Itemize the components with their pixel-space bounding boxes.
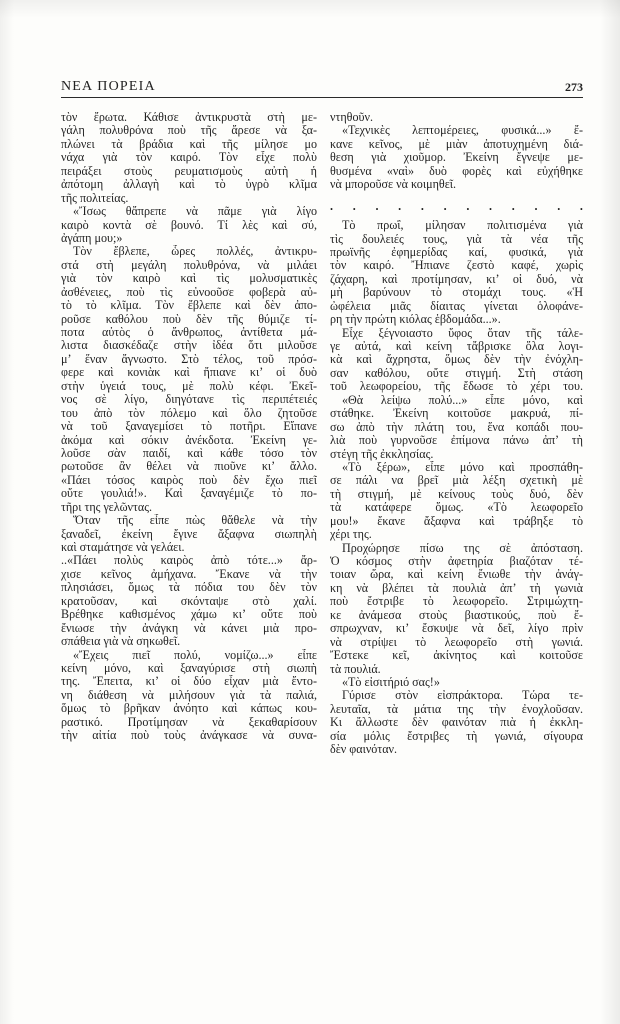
text-line: Τὸν ἔβλεπε, ὧρες πολλές, ἀντικρυ-: [61, 245, 317, 258]
section-break-dots: ............: [330, 192, 583, 219]
text-line: ..«Πάει πολὺς καιρὸς ἀπὸ τότε...» ἄρ-: [61, 554, 317, 567]
text-line: τοῦ λεωφορείου, τῆς ἔδωσε τὸ χέρι του.: [330, 380, 583, 393]
text-line: μὴ βαρύνουν τὸ στομάχι τους. «Ἡ: [330, 286, 583, 299]
section-break-dot: .: [466, 200, 469, 213]
text-line: ρη τὴν πρώτη κιόλας ἑβδομάδα...».: [330, 313, 583, 326]
text-line: ἀσθένειες, ποὺ τὶς εὐνοοῦσε φοβερὰ αὐ-: [61, 286, 317, 299]
text-line: πειράξει στοὺς ρευματισμοὺς αὐτὴ ἡ: [61, 165, 317, 178]
text-line: κη νὰ βλέπει τὰ πουλιὰ ἀπ’ τὴ γωνιὰ: [330, 582, 583, 595]
text-line: πρωϊνῆς ἐφημερίδας καί, φυσικά, γιὰ: [330, 246, 583, 259]
text-line: Ἔστεκε κεῖ, ἀκίνητος καὶ κοιτοῦσε: [330, 649, 583, 662]
text-line: «Ἔχεις πιεῖ πολύ, νομίζω...» εἶπε: [61, 649, 317, 662]
text-line: «Ἴσως θἄπρεπε νὰ πᾶμε γιὰ λίγο: [61, 205, 317, 218]
text-line: στά στὴ μεγάλη πολυθρόνα, νὰ μιλάει: [61, 259, 317, 272]
text-line: της. Ἔπειτα, κι’ οἱ δύο εἶχαν μιὰ ἔντο-: [61, 675, 317, 688]
text-line: τὸν καιρό. Ἤπιανε ζεστὸ καφέ, χωρὶς: [330, 259, 583, 272]
text-line: σπρωχναν, κι’ ἔσκυψε νὰ δεῖ, λίγο πρὶν: [330, 622, 583, 635]
right-column-bottom-text: Τὸ πρωΐ, μίλησαν πολιτισμένα γιὰτὶς δουλ…: [330, 219, 583, 757]
text-line: «Τὸ ξέρω», εἶπε μόνο καὶ προσπάθη-: [330, 461, 583, 474]
section-break-dot: .: [421, 200, 424, 213]
text-line: «Πάει τόσος καιρὸς ποὺ δὲν ἔχω πιεῖ: [61, 474, 317, 487]
text-line: νος σὲ λίγο, διηγότανε τὶς περιπέτειές: [61, 393, 317, 406]
text-line: τὴν αἰτία ποὺ τοὺς ἀνάγκασε νὰ συνα-: [61, 729, 317, 742]
text-line: θυσμένα «ναὶ» δυὸ φορὲς καὶ εὐχήθηκε: [330, 165, 583, 178]
text-line: τὰ πουλιά.: [330, 663, 583, 676]
section-break-dot: .: [330, 200, 333, 213]
text-line: κὰ καὶ ἄχρηστα, ὅμως δὲν τὴν ἐνόχλη-: [330, 353, 583, 366]
running-header: ΝΕΑ ΠΟΡΕΙΑ 273: [61, 79, 583, 98]
text-line: ποτα αὐτὸς ὁ ἄνθρωπος, ἀντίθετα μά-: [61, 326, 317, 339]
text-line: λευταῖα, τὰ μάτια της τὴν ἐνοχλοῦσαν.: [330, 703, 583, 716]
text-line: ρωτοῦσε ἂν θέλει νὰ πιοῦνε κι’ ἄλλο.: [61, 460, 317, 473]
text-line: κε ἀνάμεσα στοὺς βιαστικούς, ποὺ ἔ-: [330, 609, 583, 622]
text-line: Ὁ κόσμος στὴν ἀφετηρία βιαζόταν τέ-: [330, 555, 583, 568]
text-line: ντηθοῦν.: [330, 111, 583, 124]
text-line: λιὰ ποὺ γυρνοῦσε ἐπίμονα πάνω ἀπ’ τὴ: [330, 434, 583, 447]
text-line: φερε καὶ κονιὰκ καὶ ἤπιανε κι’ οἱ δυὸ: [61, 366, 317, 379]
text-line: μου!» ἔκανε ἄξαφνα καὶ τράβηξε τὸ: [330, 515, 583, 528]
text-line: ἔνιωσε τὴν ἀνάγκη νὰ κάνει μιὰ προ-: [61, 622, 317, 635]
text-line: τὰ κατάφερε ὅμως. «Τὸ λεωφορεῖο: [330, 501, 583, 514]
text-line: νάχα γιὰ τὸν καιρό. Τὸν εἶχε πολὺ: [61, 151, 317, 164]
text-line: λιστα διασκέδαζε στὴν ἰδέα ὅτι μιλοῦσε: [61, 339, 317, 352]
text-line: λοῦσε σὰν παιδί, καὶ κάθε τόσο τὸν: [61, 447, 317, 460]
section-break-dot: .: [353, 200, 356, 213]
text-line: ροῦσε καθόλου ποὺ δὲν τῆς θύμιζε τί-: [61, 313, 317, 326]
text-line: τῆρι της γελῶντας.: [61, 501, 317, 514]
text-line: σία μόλις ἔστριβες τὴ γωνιά, σίγουρα: [330, 730, 583, 743]
text-line: τὸ τὸ κλῖμα. Τὸν ἔβλεπε καὶ δὲν ἀπο-: [61, 299, 317, 312]
text-line: πλησιάσει, ὅμως τὰ πόδια του δὲν τὸν: [61, 581, 317, 594]
right-column-top-text: ντηθοῦν.«Τεχνικὲς λεπτομέρειες, φυσικά..…: [330, 111, 583, 192]
section-break-dot: .: [580, 200, 583, 213]
journal-title: ΝΕΑ ΠΟΡΕΙΑ: [61, 79, 156, 95]
text-line: σω ἀπὸ τὴν πλάτη του, ἕνα κοπάδι που-: [330, 421, 583, 434]
text-line: Ὅταν τῆς εἶπε πὼς θἄθελε νὰ τὴν: [61, 514, 317, 527]
text-line: θεση γιὰ χιοῦμορ. Ἐκείνη ἔγνεψε με-: [330, 151, 583, 164]
text-line: καὶ σταμάτησε νὰ γελάει.: [61, 541, 317, 554]
text-line: κείνη μόνο, καὶ ξαναγύρισε στὴ σιωπὴ: [61, 662, 317, 675]
text-line: τοιαν ὥρα, καὶ κείνη ἔνιωθε τὴν ἀνάγ-: [330, 568, 583, 581]
text-line: γιὰ τὸν καιρὸ καὶ τὶς μολυσματικὲς: [61, 272, 317, 285]
section-break-dot: .: [489, 200, 492, 213]
text-line: ζάχαρη, καὶ προτίμησαν, κι’ οἱ δυό, νὰ: [330, 273, 583, 286]
section-break-dot: .: [557, 200, 560, 213]
text-line: ἀπότομη ἀλλαγὴ καὶ τὸ ὑγρὸ κλῖμα: [61, 178, 317, 191]
text-line: «Θὰ λείψω πολύ...» εἶπε μόνο, καὶ: [330, 394, 583, 407]
text-line: στὴν ὑγειά τους, μὲ πολὺ κέφι. Ἐκεῖ-: [61, 380, 317, 393]
text-line: γάλη πολυθρόνα ποὺ τῆς ἄρεσε νὰ ξα-: [61, 124, 317, 137]
text-line: ὅμως τὸ βρῆκαν ἀνόητο καὶ κάπως κου-: [61, 702, 317, 715]
text-line: δὲν φαινόταν.: [330, 743, 583, 756]
text-line: χισε κεῖνος ἀμήχανα. Ἔκανε νὰ τὴν: [61, 568, 317, 581]
text-line: ποὺ ἔστριβε τὸ λεωφορεῖο. Στριμώχτη-: [330, 595, 583, 608]
text-line: Εἶχε ξέγνοιαστο ὕφος ὅταν τῆς τάλε-: [330, 327, 583, 340]
text-line: γε αὐτά, καὶ κείνη τἄβρισκε ὅλα λογι-: [330, 340, 583, 353]
text-line: ραστικό. Προτίμησαν νὰ ξεκαθαρίσουν: [61, 716, 317, 729]
section-break-dot: .: [534, 200, 537, 213]
text-line: νὰ τοῦ ξαναγεμίσει τὸ ποτῆρι. Εἴπανε: [61, 420, 317, 433]
text-line: Κι ἄλλωστε δὲν φαινόταν πιὰ ἡ ἐκκλη-: [330, 716, 583, 729]
text-line: Γύρισε στὸν εἰσπράκτορα. Τώρα τε-: [330, 689, 583, 702]
text-line: πλώνει τὰ βράδια καὶ τῆς μίλησε μο: [61, 138, 317, 151]
text-line: στάθηκε. Ἐκείνη κοιτοῦσε μακρυά, πί-: [330, 407, 583, 420]
section-break-dot: .: [444, 200, 447, 213]
section-break-dot: .: [375, 200, 378, 213]
text-line: ἀγάπη μου;»: [61, 232, 317, 245]
text-line: σε πάλι να βρεῖ μιὰ λέξη σχετικὴ μὲ: [330, 474, 583, 487]
text-line: τὶς δουλειές τους, γιὰ τὰ νέα τῆς: [330, 233, 583, 246]
text-line: σπάθεια γιὰ νὰ σηκωθεῖ.: [61, 635, 317, 648]
text-line: κρατοῦσαν, καὶ σκόνταψε στὸ χαλί.: [61, 595, 317, 608]
left-text-column: τὸν ἔρωτα. Κάθισε ἀντικρυστὰ στὴ με-γάλη…: [61, 111, 317, 743]
text-line: μ’ ἕναν ἄγνωστο. Στὸ τέλος, τοῦ πρόσ-: [61, 353, 317, 366]
text-line: νη διάθεση νὰ μιλήσουν γιὰ τὰ παλιά,: [61, 689, 317, 702]
text-line: σαν καθόλου, οὔτε στιγμή. Στὴ στάση: [330, 367, 583, 380]
text-line: Τὸ πρωΐ, μίλησαν πολιτισμένα γιὰ: [330, 219, 583, 232]
text-line: του ἀπὸ τὸν πόλεμο καὶ ὅλο ζητοῦσε: [61, 407, 317, 420]
text-line: ἀκόμα καὶ σόκιν ἀνέκδοτα. Ἐκείνη γε-: [61, 434, 317, 447]
text-line: στέγη τῆς ἐκκλησίας.: [330, 448, 583, 461]
right-text-column: ντηθοῦν.«Τεχνικὲς λεπτομέρειες, φυσικά..…: [330, 111, 583, 757]
text-line: ξαναδεῖ, ἐκείνη ἔγινε ἄξαφνα σιωπηλὴ: [61, 528, 317, 541]
section-break-dot: .: [512, 200, 515, 213]
text-line: ὠφέλεια μιᾶς δίαιτας γίνεται ὁλοφάνε-: [330, 300, 583, 313]
text-line: «Τεχνικὲς λεπτομέρειες, φυσικά...» ἔ-: [330, 124, 583, 137]
text-line: τὴ στιγμή, μὲ κείνους τοὺς δυό, δὲν: [330, 488, 583, 501]
text-line: τῆς πολιτείας.: [61, 192, 317, 205]
page-number: 273: [565, 80, 583, 95]
text-line: τὸν ἔρωτα. Κάθισε ἀντικρυστὰ στὴ με-: [61, 111, 317, 124]
text-line: καιρὸ κοντὰ σὲ βουνό. Τί λὲς καὶ σύ,: [61, 219, 317, 232]
section-break-dot: .: [398, 200, 401, 213]
text-line: χέρι της.: [330, 528, 583, 541]
text-line: νὰ στρίψει τὸ λεωφορεῖο στὴ γωνιά.: [330, 636, 583, 649]
text-line: Βρέθηκε καθισμένος χάμω κι’ οὔτε ποὺ: [61, 608, 317, 621]
text-line: νὰ μποροῦσε νὰ κοιμηθεῖ.: [330, 178, 583, 191]
scanned-page: ΝΕΑ ΠΟΡΕΙΑ 273 τὸν ἔρωτα. Κάθισε ἀντικρυ…: [0, 0, 620, 1024]
text-line: κανε κεῖνος, μὲ μιὰν ἀποτυχημένη διά-: [330, 138, 583, 151]
text-line: «Τὸ εἰσιτήριό σας!»: [330, 676, 583, 689]
text-line: οὔτε γουλιά!». Καὶ ξαναγέμιζε τὸ πο-: [61, 487, 317, 500]
text-line: Προχώρησε πίσω της σὲ ἀπόσταση.: [330, 542, 583, 555]
